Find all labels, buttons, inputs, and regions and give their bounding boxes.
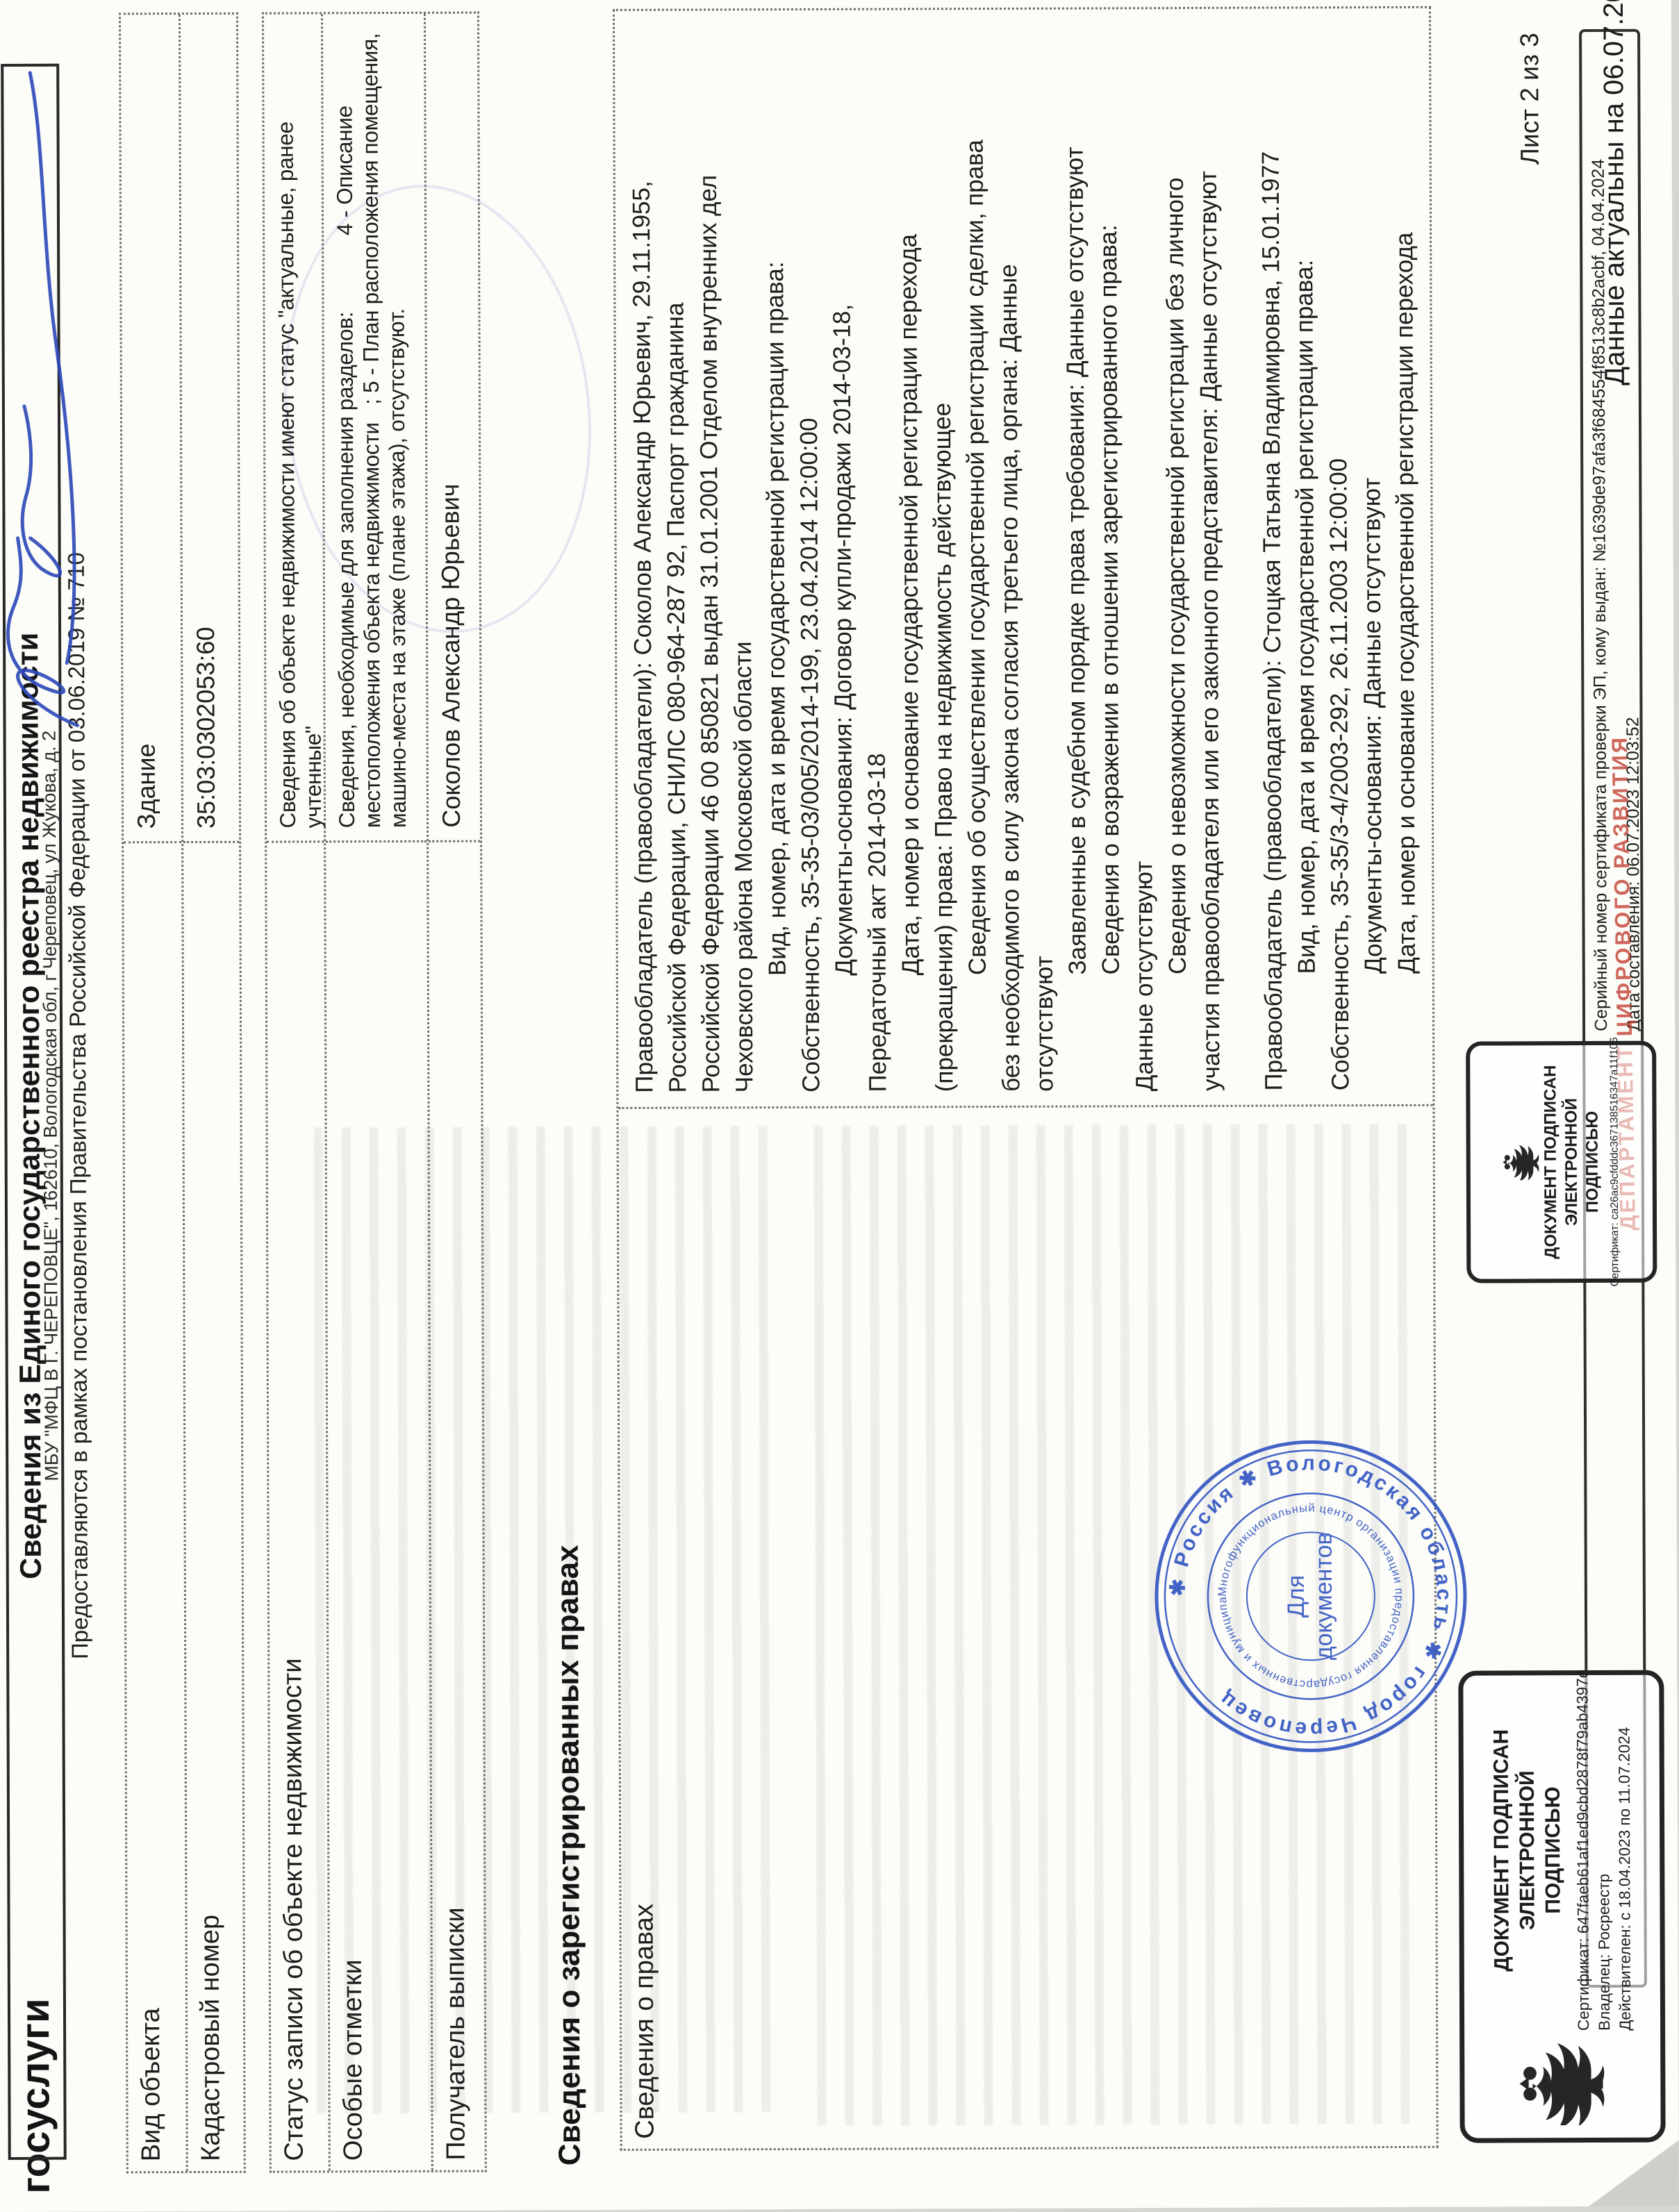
rights-line: Собственность, 35-35/3-4/2003-292, 26.11… [1321,14,1357,1090]
row-value: Сведения, необходимые для заполнения раз… [323,14,427,840]
rights-line: Вид, номер, дата и время государственной… [1287,14,1324,1090]
stamp-certificate: Сертификат: 647faeb61af1ed9cbd2878f79ab4… [1572,1670,1594,2031]
row-label: Статус записи об объекте недвижимости [267,840,329,2170]
value-line: Соколов Александр Юрьевич [434,21,466,828]
rights-details: Правообладатель (правообладатели): Сокол… [615,8,1433,1107]
row-value: 35:03:0302053:60 [181,15,239,841]
stamp-title-line: ДОКУМЕНТ ПОДПИСАН [1488,1729,1514,1972]
value-line: Сведения, необходимые для заполнения раз… [331,21,360,828]
rights-table: Сведения о правах Правообладатель (право… [613,6,1439,2151]
status-table: Статус записи об объекте недвижимости Св… [262,12,487,2173]
handwritten-signature [0,44,102,767]
seal-center-line: документов [1311,1532,1338,1660]
double-headed-eagle-icon [1502,1144,1541,1180]
table-row: Вид объекта Здание [121,15,186,2171]
scan-frame: госуслуги Сведения из Единого государств… [0,0,1679,2212]
rights-line: Российской Федерации 46 00 850821 выдан … [691,16,728,1092]
row-value: Сведения об объекте недвижимости имеют с… [264,14,324,840]
document-sheet: госуслуги Сведения из Единого государств… [0,0,1679,2212]
rights-line: Собственность, 35-35-03/005/2014-199, 23… [791,16,828,1092]
stamp-title-line: ПОДПИСЬЮ [1582,1111,1603,1213]
row-label: Особые отметки [326,840,431,2170]
rights-line: Дата, номер и основание государственной … [891,15,928,1092]
rights-line: Российской Федерации, СНИЛС 080-964-287 … [658,17,695,1093]
table-row: Получатель выписки Соколов Александр Юрь… [424,14,485,2170]
value-line: местоположения объекта недвижимости ; 5 … [357,21,386,828]
value-line: машино-места на этаже (плане этажа), отс… [383,21,411,828]
mfc-round-seal: ✱ Россия ✱ Вологодская область ✱ город Ч… [1149,1435,1473,1758]
stamp-owner: Владелец: Росреестр [1593,1670,1615,2031]
value-line: Сведения об объекте недвижимости имеют с… [272,21,326,828]
row-label: Кадастровый номер [183,841,244,2171]
rights-line: Сведения об осуществлении государственно… [958,15,995,1092]
table-row: Сведения о правах Правообладатель (право… [615,8,1437,2149]
rights-line: участия правообладателя или его законног… [1191,15,1228,1091]
rights-line: (прекращения) права: Право на недвижимос… [925,15,961,1092]
double-headed-eagle-icon [1514,2042,1611,2125]
seal-center-line: Для [1283,1575,1309,1618]
object-table: Вид объекта Здание Кадастровый номер 35:… [119,13,246,2174]
rights-section-heading: Сведения о зарегистрированных правах [551,1545,588,2165]
stamp-title-line: ЭЛЕКТРОННОЙ [1561,1098,1582,1226]
row-value: Здание [121,15,181,841]
rights-line: отсутствуют [1025,15,1061,1092]
row-value: Соколов Александр Юрьевич [426,14,480,840]
page-corner-fold [1589,2140,1679,2206]
esignature-stamp-rosreestr: ДОКУМЕНТ ПОДПИСАН ЭЛЕКТРОННОЙ ПОДПИСЬЮ С… [1458,1670,1665,2143]
stamp-title-line: ПОДПИСЬЮ [1539,1786,1566,1913]
rights-line: Заявленные в судебном порядке права треб… [1058,15,1095,1091]
table-row: Статус записи об объекте недвижимости Св… [264,14,329,2170]
stamp-validity: Действителен: с 18.04.2023 по 11.07.2024 [1614,1670,1636,2031]
rights-line: Сведения о возражении в отношении зареги… [1091,15,1128,1091]
table-row: Кадастровый номер 35:03:0302053:60 [179,15,244,2171]
stamp-title-line: ЭЛЕКТРОННОЙ [1514,1770,1540,1930]
sheet-number: Лист 2 из 3 [1515,33,1545,165]
data-actual-note: Данные актуальны на 06.07.2023 [1598,0,1631,385]
rights-line: Сведения о невозможности государственной… [1158,15,1195,1091]
stamp-certificate: Сертификат: ca26ac9cfdddc367138516347a11… [1608,1037,1621,1286]
rights-line: Документы-основания: Данные отсутствуют [1354,14,1391,1090]
rights-line: Документы-основания: Договор купли-прода… [825,16,861,1092]
rights-line: Правообладатель (правообладатели): Стоцк… [1254,15,1291,1091]
row-label: Вид объекта [124,841,186,2171]
row-label: Получатель выписки [429,840,485,2170]
rights-line: Чеховского района Московской области [725,16,761,1092]
rights-line: Данные отсутствуют [1125,15,1161,1091]
rights-line: без необходимого в силу закона согласия … [991,15,1028,1092]
rights-line: Правообладатель (правообладатели): Сокол… [625,17,661,1093]
rights-line: Дата, номер и основание государственной … [1387,14,1424,1090]
esignature-stamp-mfc: ДОКУМЕНТ ПОДПИСАН ЭЛЕКТРОННОЙ ПОДПИСЬЮ С… [1466,1041,1657,1283]
rights-line: Вид, номер, дата и время государственной… [758,16,795,1092]
rights-line: Передаточный акт 2014-03-18 [858,16,895,1092]
table-row: Особые отметки Сведения, необходимые для… [321,14,431,2170]
stamp-title-line: ДОКУМЕНТ ПОДПИСАН [1540,1065,1562,1259]
